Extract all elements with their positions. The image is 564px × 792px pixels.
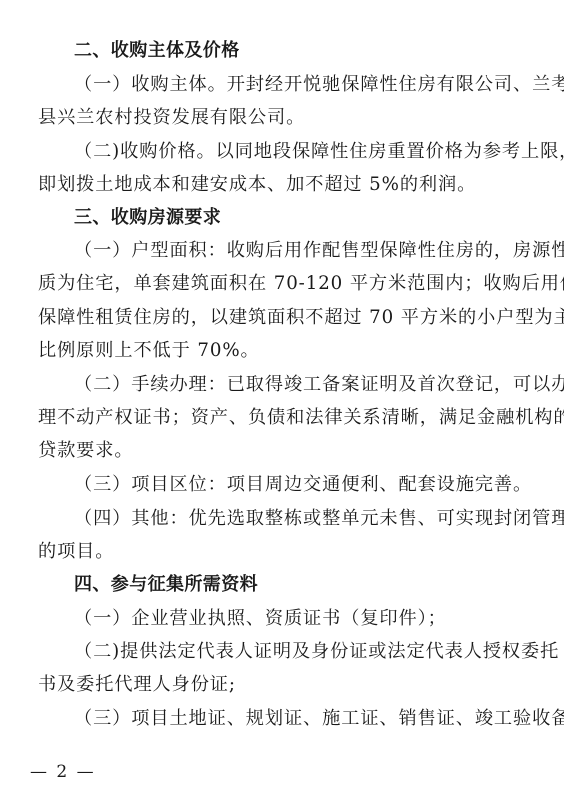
paragraph-line: （二）手续办理：已取得竣工备案证明及首次登记，可以办 xyxy=(74,372,512,398)
paragraph-line: （一）收购主体。开封经开悦驰保障性住房有限公司、兰考 xyxy=(74,72,512,98)
document-page: 二、收购主体及价格 （一）收购主体。开封经开悦驰保障性住房有限公司、兰考 县兴兰… xyxy=(0,0,564,792)
paragraph-line: （二)提供法定代表人证明及身份证或法定代表人授权委托 xyxy=(74,639,512,665)
paragraph-line: （一）户型面积：收购后用作配售型保障性住房的，房源性 xyxy=(74,238,512,264)
paragraph-line: （三）项目土地证、规划证、施工证、销售证、竣工验收备 xyxy=(74,706,512,732)
paragraph-line: 质为住宅，单套建筑面积在 70-120 平方米范围内；收购后用作 xyxy=(38,271,512,297)
section-heading-4: 四、参与征集所需资料 xyxy=(74,572,512,598)
paragraph-line: （一）企业营业执照、资质证书（复印件）； xyxy=(74,606,512,632)
paragraph-line: （二)收购价格。以同地段保障性住房重置价格为参考上限， xyxy=(74,139,512,165)
paragraph-line: 县兴兰农村投资发展有限公司。 xyxy=(38,105,512,131)
section-heading-3: 三、收购房源要求 xyxy=(74,205,512,231)
paragraph-line: 贷款要求。 xyxy=(38,438,512,464)
paragraph-line: 的项目。 xyxy=(38,539,512,565)
paragraph-line: （三）项目区位：项目周边交通便利、配套设施完善。 xyxy=(74,472,512,498)
paragraph-line: （四）其他：优先选取整栋或整单元未售、可实现封闭管理 xyxy=(74,506,512,532)
page-number: — 2 — xyxy=(30,760,96,784)
paragraph-line: 理不动产权证书；资产、负债和法律关系清晰，满足金融机构的 xyxy=(38,405,512,431)
paragraph-line: 即划拨土地成本和建安成本、加不超过 5%的利润。 xyxy=(38,172,512,198)
paragraph-line: 保障性租赁住房的，以建筑面积不超过 70 平方米的小户型为主， xyxy=(38,305,512,331)
paragraph-line: 书及委托代理人身份证; xyxy=(38,672,512,698)
section-heading-2: 二、收购主体及价格 xyxy=(74,38,512,64)
paragraph-line: 比例原则上不低于 70%。 xyxy=(38,338,512,364)
